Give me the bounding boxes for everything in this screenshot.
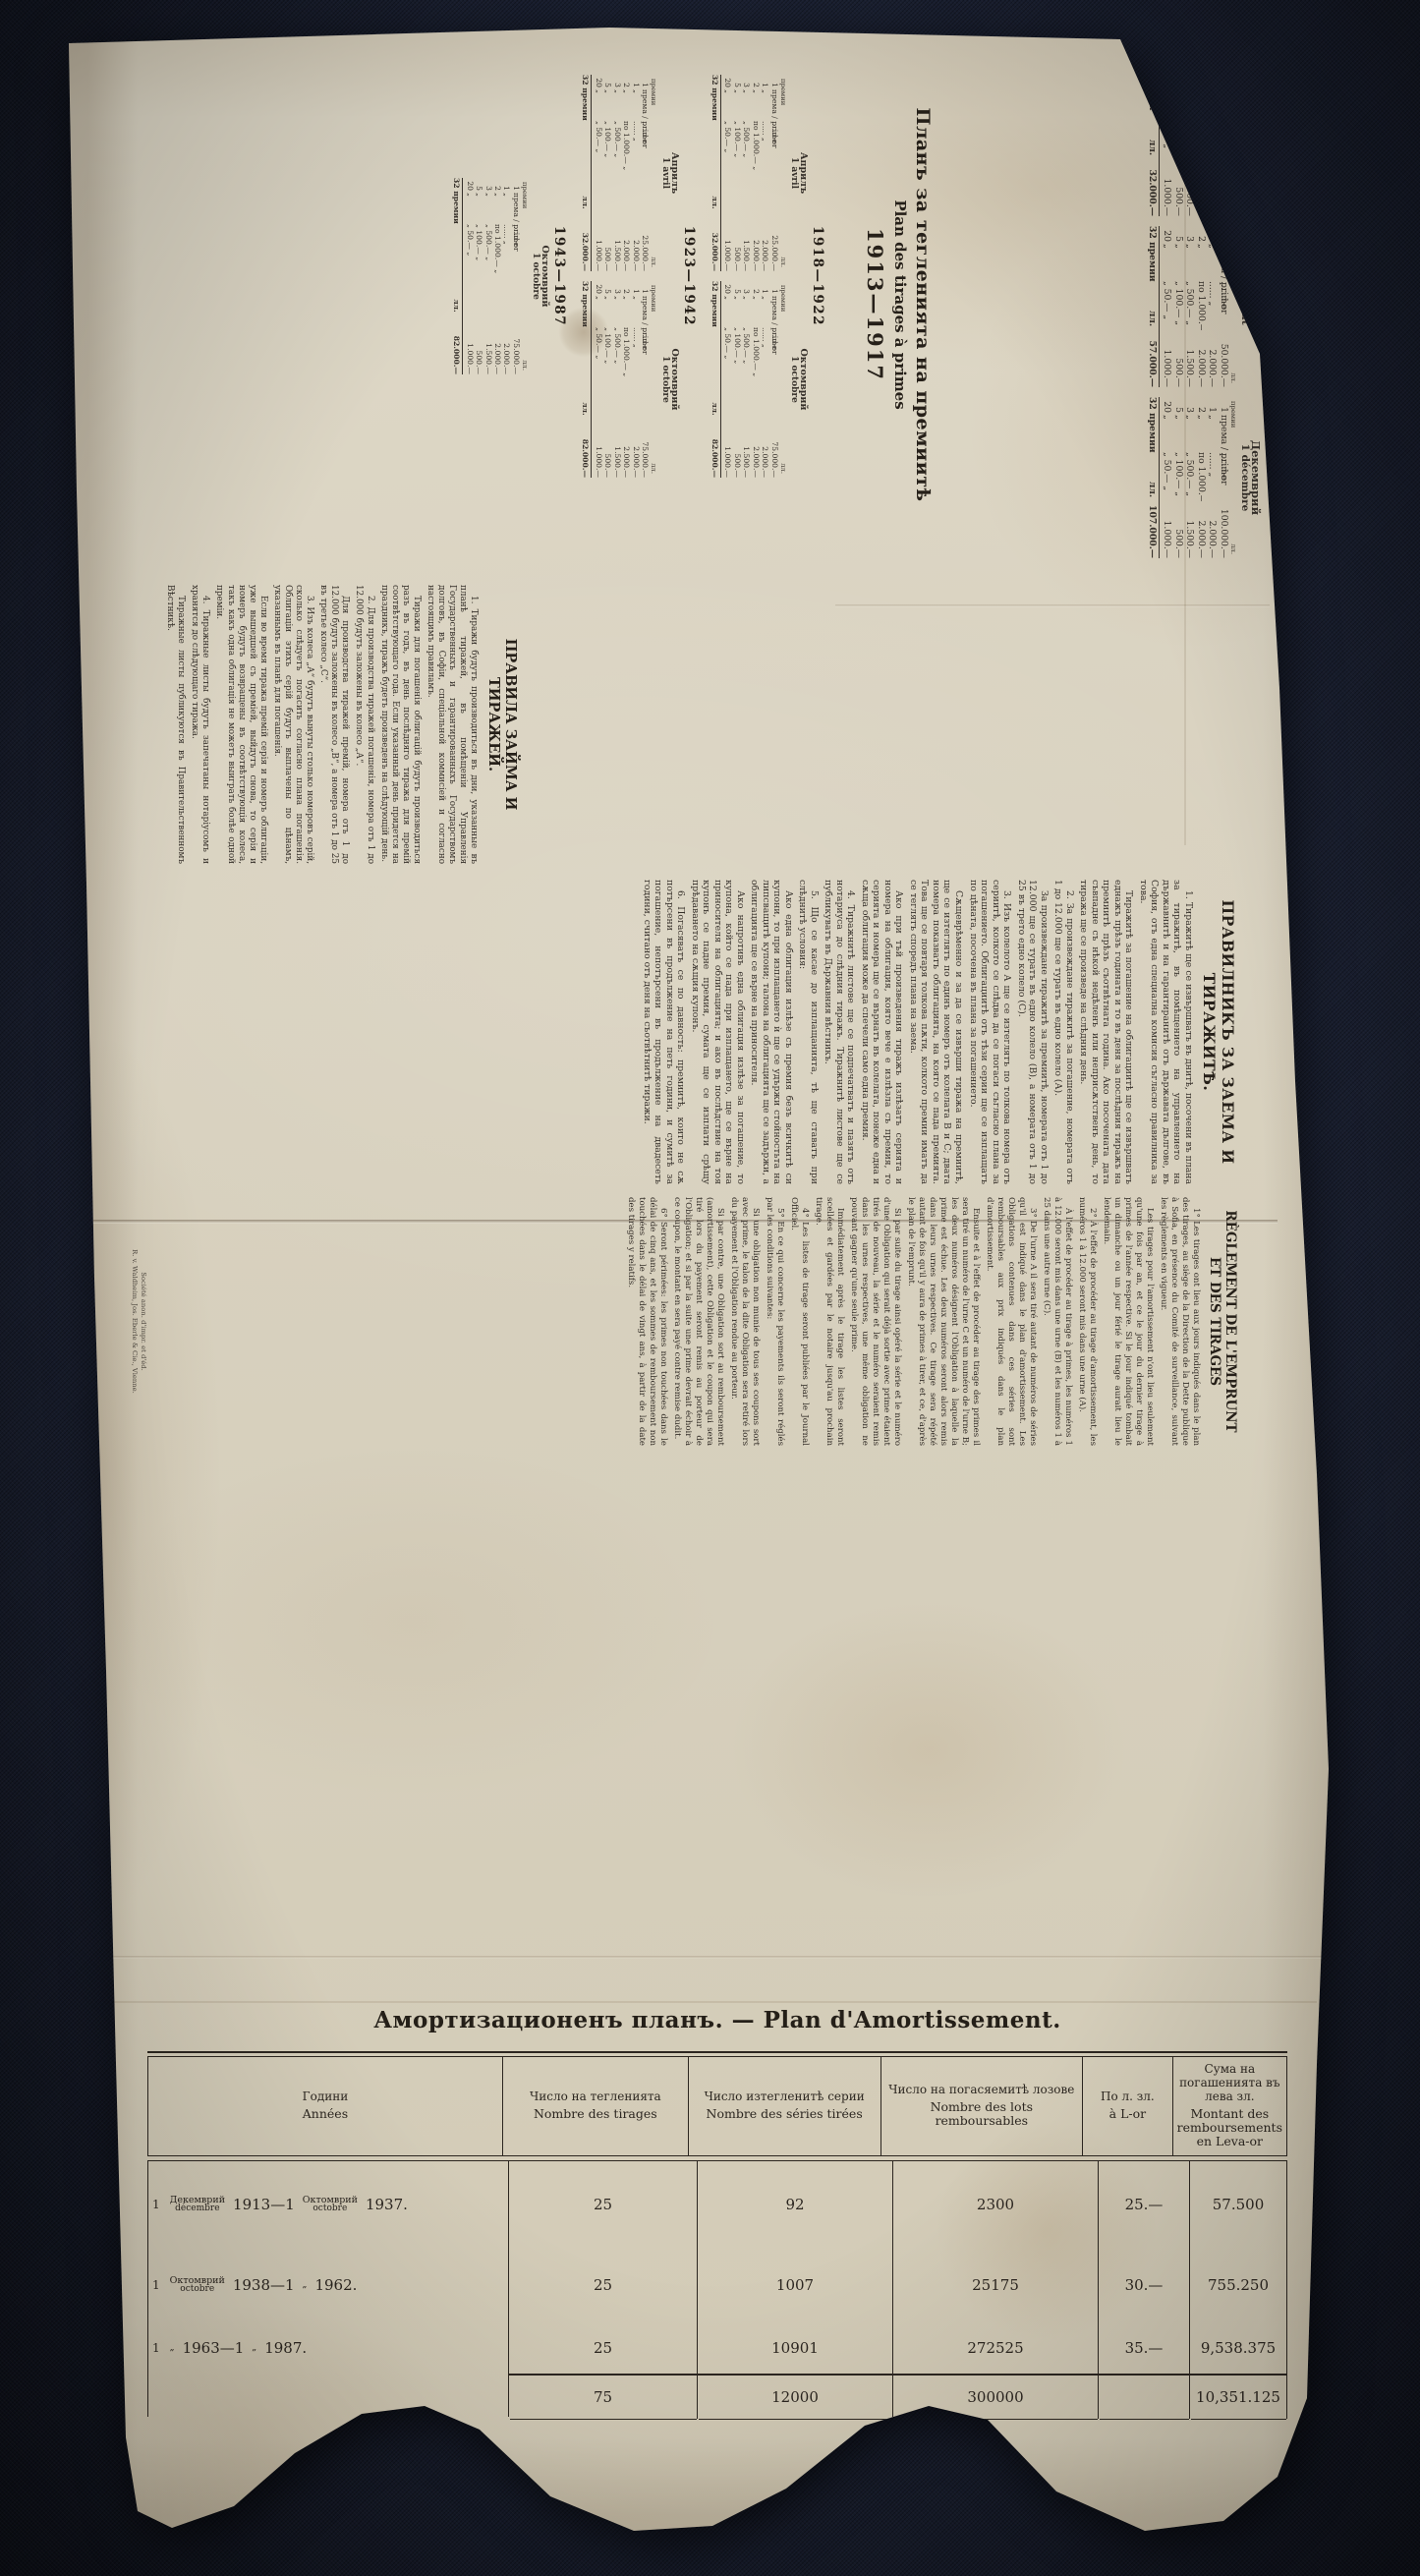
prize-row-unit: „ 500.— „ [612,121,621,222]
prize-row-label: „ [723,294,732,327]
prize-row-count: 1 [502,178,511,191]
prize-row: 2„по 1.000.— „2.000.— [493,178,502,374]
prize-row-unit: по 1.000.— „ [1195,281,1207,330]
prize-subheader-right: лл. [1229,201,1237,212]
prize-row-amount: 1.500.— [612,222,621,271]
prize-row-count: 2 [1195,226,1207,242]
prize-row-label: према / prime [769,87,778,121]
prize-row: 1„...... „2.000.— [631,75,640,271]
prize-row-count: 2 [1195,55,1207,71]
prize-row: 20„„ 50.— „1.000.— [465,178,474,374]
prize-row-amount: 1.500.— [1184,330,1196,387]
prize-row-amount: 2.000.— [751,429,760,478]
prize-row: 1„...... „2.000.— [761,75,769,271]
regulation-paragraph: 1. Тиражи будутъ производиться въ дни, у… [425,585,479,864]
prize-month-column: Октомврий1 octobreпремиилл.1према / prim… [452,178,549,374]
prize-row-amount: 2.000.— [761,222,769,271]
amortization-title: Амортизационенъ планъ. — Plan d'Amortiss… [147,2007,1287,2033]
regulation-paragraph: Immédiatement après le tirage les listes… [813,1197,845,1446]
prize-row-amount: 2.000.— [622,222,631,271]
prize-row: 3„„ 500.— „1.500.— [612,75,621,271]
prize-row-unit: ...... „ [761,327,769,429]
fold-crease [90,1956,1324,1959]
prize-row: 5„„ 100.— „500.— [1172,55,1184,216]
prize-row-amount: 2.000.— [631,429,640,478]
prize-row: 3„„ 500.— „1.500.— [742,281,751,478]
month-pair: Октомврийoctobre [170,2276,225,2295]
prize-row-unit: „ 50.— „ [723,327,732,429]
prize-row-count: 3 [1184,55,1196,71]
regulation-paragraph: 6. Погасяватъ се по давность: премиитѣ, … [641,880,686,1184]
prize-row: 3„„ 500.— „1.500.— [1184,226,1196,387]
prize-table-1918—1922: 1918—1922Априлъ1 avrilпремиилл.1према / … [710,65,825,487]
regulation-paragraph: Si par suite du tirage ainsi opéré la sé… [848,1197,902,1446]
prize-row-amount: 1.000.— [723,429,732,478]
prize-total-currency: лл. [1147,478,1158,501]
prize-row: 1„...... „2.000.— [631,281,640,478]
prize-row: 1„...... „2.000.— [1207,55,1219,216]
prize-subheader: премиилл. [1229,226,1237,387]
prize-row-count: 1 [641,281,650,294]
amortization-years-cell: 1„1963—1„1987. [147,2322,509,2374]
prize-row-label: „ [475,191,483,224]
prize-month-header: Априлъ1 avril [789,75,808,271]
prize-row: 20„„ 50.— „1.000.— [1162,226,1173,387]
prize-plan-title: Планъ за тегленията на премиитѣ Plan des… [863,59,934,550]
regulation-paragraph: Ensuite et à l'effet de procéder au tira… [905,1197,981,1446]
prize-row: 1„...... „2.000.— [502,178,511,374]
prize-row-amount: 2.000.— [631,222,640,271]
prize-subheader-left: премии [779,79,787,105]
prize-plan-title-years: 1913—1917 [863,59,887,550]
prize-row-label: „ [483,191,492,224]
regulation-paragraph: 2. За произвеждане тиражитѣ за погашение… [1052,880,1075,1184]
prize-total-amount: 82.000.— [581,421,590,478]
prize-row-label: према / prime [641,294,650,327]
value: 25 [513,2250,693,2320]
prize-row-label: „ [1184,242,1196,281]
regulation-paragraph: 3. Изъ колелото А ще се изтеглятъ по тол… [967,880,1012,1184]
prize-row-amount: 500.— [475,325,483,374]
prize-total-currency: лл. [581,191,590,214]
regulation-paragraph: 2. Для производства тиражей погашенія, н… [353,585,374,864]
prize-row: 1према / prime......l-or25.000.— [641,75,650,271]
prize-row-amount: 2.000.— [493,325,502,374]
prize-tables-later-periods: 1918—1922Априлъ1 avrilпремиилл.1према / … [438,65,825,487]
prize-row: 5„„ 100.— „500.— [1172,226,1184,387]
regulation-paragraph: 1° Les tirages ont lieu aux jours indiqu… [1158,1197,1201,1446]
prize-column-total: 32 премиилл.82.000.— [452,178,463,374]
amortization-value-cell: 25175 [893,2248,1099,2322]
prize-row-label: према / prime [1218,242,1229,281]
prize-row-count: 20 [465,178,474,191]
prize-row-amount: 1.500.— [612,429,621,478]
prize-row-unit: ......l-or [769,121,778,222]
amortization-value-cell: 25 [509,2322,698,2374]
regulation-header-line1: RÈGLEMENT DE L'EMPRUNT [1222,1197,1238,1446]
prize-row-label: „ [493,191,502,224]
prize-subheader-left: премии [1229,59,1237,86]
prize-row-amount: 500.— [1172,501,1184,558]
value: 10901 [702,2324,888,2372]
prize-row-label: према / prime [641,87,650,121]
prize-row-amount: 1.000.— [723,222,732,271]
prize-total-currency: лл. [452,294,461,317]
printer-imprint-line1: Société anon. d'impr. et d'éd. [139,1197,147,1446]
prize-total-label: 32 премии [1147,55,1158,136]
prize-row-count: 20 [594,281,602,294]
regulation-paragraph: 5° En ce qui concerne les payements ils … [764,1197,785,1446]
prize-row: 2„по 1.000.— „2.000.— [751,281,760,478]
prize-row-label: „ [742,87,751,121]
value: 755.250 [1194,2250,1282,2320]
regulation-paragraph: Тиражные листы публикуются въ Правительс… [164,585,186,864]
regulation-paragraph: Тиражи для погашенія облигацій будутъ пр… [378,585,422,864]
prize-table-period: 1943—1987 [551,65,567,487]
prize-month-french: 1 avril [1239,55,1250,216]
prize-row-unit: „ 100.— „ [475,224,483,325]
amortization-header-cell: Число изтегленитѣ серииNombre des séries… [689,2057,881,2155]
prize-row-unit: „ 50.— „ [1162,281,1173,330]
prize-row-amount: 2.000.— [622,429,631,478]
amortization-table: ГодиниAnnéesЧисло на теглениятаNombre de… [147,2051,1287,2419]
prize-row-unit: „ 100.— „ [1172,281,1184,330]
prize-subheader: премиилл. [650,281,657,478]
prize-subheader: премиилл. [779,75,787,271]
regulation-paragraph: За произвеждане тиражитѣ за премиитѣ, но… [1015,880,1050,1184]
prize-subheader-right: лл. [521,360,529,371]
prize-month-french: 1 avril [659,75,668,271]
prize-row-label: „ [1162,242,1173,281]
month-pair: „ [303,2280,308,2290]
prize-table-period: 1918—1922 [810,65,825,487]
prize-month-french: 1 décembre [1239,397,1250,558]
prize-row-label: „ [1207,413,1219,452]
regulation-header: ПРАВИЛНИКЪ ЗА ЗАЕМА ИТИРАЖИТѢ. [1200,880,1236,1184]
year-span: 1913—1 [233,2196,295,2213]
regulation-header-line2: ТИРАЖИТѢ. [1200,880,1219,1184]
prize-row-label: „ [603,294,612,327]
prize-row-amount: 2.000.— [751,222,760,271]
prize-row-unit: „ 100.— „ [1172,110,1184,159]
value: 25 [513,2163,693,2246]
prize-row-unit: по 1.000.— „ [622,327,631,429]
prize-table-columns: Априлъ1 avrilпремиилл.1према / prime....… [1147,55,1262,558]
amortization-header-cell: ГодиниAnnées [147,2057,503,2155]
prize-row-count: 1 [511,178,520,191]
prize-row: 1„...... „2.000.— [1207,397,1219,558]
prize-row-count: 1 [761,281,769,294]
prize-subheader-right: лл. [1229,372,1237,383]
prize-row-unit: ......l-or [1218,281,1229,330]
month-bulgarian: „ [252,2343,256,2353]
value: 30.— [1103,2250,1185,2320]
amortization-value-cell: 1007 [698,2248,893,2322]
prize-row-label: „ [751,87,760,121]
regulation-paragraph: Les tirages pour l'amortissement n'ont l… [1101,1197,1155,1446]
prize-month-header: Августъ1 août [1239,226,1262,387]
prize-row-count: 20 [723,75,732,87]
header-french: Nombre des lots remboursables [885,2100,1079,2129]
prize-row-unit: ...... „ [631,121,640,222]
year-span: 1962. [314,2276,357,2294]
prize-row: 2„по 1.000.— „2.000.— [1195,55,1207,216]
prize-row-amount: 100.000.— [1218,501,1229,558]
prize-row: 2„по 1.000.— „2.000.— [751,75,760,271]
amortization-value-cell: 30.— [1099,2248,1190,2322]
prize-row-label: „ [723,87,732,121]
prize-row-unit: ...... „ [1207,281,1219,330]
prize-row-count: 1 [769,281,778,294]
prize-row-count: 5 [603,281,612,294]
total-value: 300000 [897,2377,1094,2417]
prize-month-french: 1 octobre [659,281,668,478]
prize-row-label: „ [1162,413,1173,452]
prize-row-amount: 1.000.— [594,222,602,271]
prize-row-amount: 1.500.— [742,429,751,478]
regulation-paragraph: 5. Що се касае до изплащанията, тѣ ще ст… [797,880,820,1184]
prize-row-count: 1 [1218,55,1229,71]
amortization-value-cell: 92 [698,2161,893,2248]
prize-table-1923—1942: 1923—1942Априлъ1 avrilпремиилл.1према / … [581,65,696,487]
prize-row-unit: ......l-or [511,224,520,325]
prize-row-count: 1 [1207,55,1219,71]
prize-month-bulgarian: Октомврий [798,281,808,478]
header-french: Nombre des séries tirées [693,2107,877,2121]
prize-row-label: „ [742,294,751,327]
prize-row-label: „ [761,294,769,327]
regulation-paragraph: Тиражитѣ за погашение на облигациитѣ ще … [1078,880,1135,1184]
amortization-value-cell: 25 [509,2248,698,2322]
prize-row-unit: „ 50.— „ [1162,452,1173,501]
prize-row-unit: ......l-or [1218,452,1229,501]
prize-total-currency: лл. [710,191,719,214]
prize-month-column: Априлъ1 avrilпремиилл.1према / prime....… [581,75,678,271]
amortization-data-row: 1Декемврийdécembre1913—1Октомврийoctobre… [147,2161,1287,2248]
prize-row-amount: 1.000.— [1162,159,1173,216]
prize-row-label: „ [732,294,741,327]
header-bulgarian: Години [152,2090,498,2104]
prize-subheader-right: лл. [779,463,787,474]
prize-row-unit: „ 500.— „ [742,121,751,222]
regulation-paragraph: Если во время тиража премій серія и номе… [213,585,267,864]
prize-row-label: према / prime [1218,413,1229,452]
month-bulgarian: „ [303,2280,308,2290]
prize-total-currency: лл. [1147,136,1158,159]
prize-month-header: Октомврий1 octobre [789,281,808,478]
amortization-header-cell: Число на теглениятаNombre des tirages [503,2057,689,2155]
prize-row: 1„...... „2.000.— [1207,226,1219,387]
prize-row-count: 2 [493,178,502,191]
prize-row-amount: 500.— [603,222,612,271]
prize-row-unit: по 1.000.— „ [622,121,631,222]
amortization-value-cell: 25 [509,2161,698,2248]
prize-row: 3„„ 500.— „1.500.— [483,178,492,374]
document-sheet: Априлъ1 avrilпремиилл.1према / prime....… [0,0,1420,2576]
prize-row-amount: 500.— [1172,159,1184,216]
prize-row-amount: 1.000.— [1162,501,1173,558]
prize-subheader: премиилл. [779,281,787,478]
prize-subheader: премиилл. [1229,397,1237,558]
month-pair: „ [252,2343,256,2353]
prize-row-count: 5 [1172,226,1184,242]
prize-row-unit: „ 500.— „ [1184,110,1196,159]
prize-row-unit: „ 500.— „ [483,224,492,325]
prize-row-unit: ......l-or [1218,110,1229,159]
regulation-header-line1: ПРАВИЛА ЗАЙМА И [502,585,519,864]
value: 9,538.375 [1194,2324,1282,2372]
prize-row-unit: по 1.000.— „ [1195,452,1207,501]
prize-row-count: 3 [1184,226,1196,242]
prize-row: 5„„ 100.— „500.— [603,281,612,478]
prize-column-total: 32 премиилл.107.000.— [1147,397,1160,558]
prize-row-amount: 500.— [603,429,612,478]
prize-row-label: „ [1195,71,1207,110]
prize-month-french: 1 avril [789,75,798,271]
prize-month-column: Декемврий1 décembreпремиилл.1према / pri… [1147,397,1262,558]
value: 2300 [897,2163,1094,2246]
header-french: Années [152,2107,498,2121]
prize-row-unit: „ 50.— „ [594,121,602,222]
regulation-paragraph: À l'effet de procéder au tirage à primes… [1041,1197,1073,1446]
prize-row-amount: 50.000.— [1218,330,1229,387]
prize-row-unit: ......l-or [641,121,650,222]
prize-row-count: 1 [769,75,778,87]
regulation-header: RÈGLEMENT DE L'EMPRUNTET DES TIRAGES [1207,1197,1238,1446]
rotated-landscape-content: Априлъ1 avrilпремиилл.1према / prime....… [85,49,1264,1449]
prize-row-unit: ......l-or [769,327,778,429]
prize-row: 20„„ 50.— „1.000.— [1162,397,1173,558]
prize-row-amount: 500.— [732,429,741,478]
prize-month-header: Априлъ1 avril [659,75,678,271]
prize-row-count: 1 [761,75,769,87]
year-span: 1987. [264,2339,307,2357]
prize-month-header: Априлъ1 avril [1239,55,1262,216]
prize-row-label: „ [612,87,621,121]
document-sheet-wrap: Априлъ1 avrilпремиилл.1према / prime....… [0,0,1420,2576]
prize-row-count: 2 [1195,397,1207,413]
prize-row: 5„„ 100.— „500.— [1172,397,1184,558]
prize-row: 20„„ 50.— „1.000.— [723,75,732,271]
amortization-data-row: 1„1963—1„1987.251090127252535.—9,538.375 [147,2322,1287,2374]
prize-row: 5„„ 100.— „500.— [603,75,612,271]
year-span: 1963—1 [183,2339,245,2357]
prize-subheader-right: лл. [779,257,787,267]
prize-row-label: према / prime [1218,71,1229,110]
amortization-header-cell: По л. зл.à L-or [1083,2057,1173,2155]
prize-row-unit: по 1.000.— „ [493,224,502,325]
prize-row-count: 1 [1207,226,1219,242]
prize-total-label: 32 премии [710,75,719,191]
regulation-paragraph: 4. Тиражнитѣ листове ще се подпечатватъ … [823,880,857,1184]
prize-row-count: 1 [1218,397,1229,413]
prize-row: 1према / prime......l-or100.000.— [1218,397,1229,558]
regulation-paragraph: Ако една облигация излѣзе съ премия безъ… [749,880,794,1184]
regulation-header-line2: ТИРАЖЕЙ. [484,585,501,864]
prize-column-total: 32 премиилл.57.000.— [1147,226,1160,387]
prize-total-currency: лл. [581,397,590,421]
prize-row-count: 20 [1162,55,1173,71]
prize-month-bulgarian: Августъ [1250,226,1262,387]
prize-column-total: 32 премиилл.82.000.— [581,281,592,478]
total-value: 75 [513,2377,693,2417]
regulation-header: ПРАВИЛА ЗАЙМА ИТИРАЖЕЙ. [484,585,519,864]
prize-row: 1према / prime......l-or25.000.— [769,75,778,271]
month-pair: „ [170,2343,175,2353]
prize-row-count: 3 [612,75,621,87]
regulation-paragraph: 6° Seront périmées: les primes non touch… [625,1197,668,1446]
prize-table-columns: Априлъ1 avrilпремиилл.1према / prime....… [581,65,678,487]
amortization-total-cell [1099,2374,1190,2419]
photo-background: Априлъ1 avrilпремиилл.1према / prime....… [0,0,1420,2576]
prize-row-unit: „ 100.— „ [732,121,741,222]
years-line: 1Октомврийoctobre1938—1„1962. [152,2250,504,2320]
prize-row-amount: 1.500.— [1184,501,1196,558]
prize-row-count: 5 [1172,55,1184,71]
prize-total-label: 32 премии [581,281,590,397]
prize-row-count: 20 [1162,226,1173,242]
prize-total-amount: 32.000.— [1147,159,1158,216]
totals-empty-cell [147,2374,509,2417]
value: 35.— [1103,2324,1185,2372]
total-value [1103,2377,1185,2417]
prize-row: 3„„ 500.— „1.500.— [1184,55,1196,216]
prize-row-amount: 2.000.— [502,325,511,374]
prize-row-count: 3 [742,281,751,294]
regulation-column-bulgarian: ПРАВИЛНИКЪ ЗА ЗАЕМА ИТИРАЖИТѢ.1. Тиражит… [638,880,1236,1184]
regulation-paragraph: Ако при тъй произведения тиражъ излѣзатъ… [859,880,904,1184]
regulation-paragraph: 4. Тиражные листы будутъ запечатаны нота… [189,585,210,864]
month-french: octobre [170,2285,225,2294]
prize-month-column: Априлъ1 avrilпремиилл.1према / prime....… [1147,55,1262,216]
prize-total-currency: лл. [710,397,719,421]
prize-row: 5„„ 100.— „500.— [732,75,741,271]
prize-total-label: 32 премии [1147,226,1158,307]
prize-subheader-left: премии [650,79,657,105]
prize-row-label: „ [732,87,741,121]
header-french: Nombre des tirages [507,2107,684,2121]
prize-month-column: Октомврий1 octobreпремиилл.1према / prim… [581,281,678,478]
prize-column-total: 32 премиилл.32.000.— [581,75,592,271]
prize-row: 1„...... „2.000.— [761,281,769,478]
amortization-header-cell: Число на погасяемитѣ лозовеNombre des lo… [881,2057,1084,2155]
prize-row-unit: „ 500.— „ [612,327,621,429]
total-value: 12000 [702,2377,888,2417]
prize-row: 1према / prime......l-or75.000.— [511,178,520,374]
amortization-body: 1Декемврийdécembre1913—1Октомврийoctobre… [147,2161,1287,2419]
prize-row: 3„„ 500.— „1.500.— [742,75,751,271]
amortization-value-cell: 57.500 [1190,2161,1287,2248]
prize-row: 1према / prime......l-or25.000.— [1218,55,1229,216]
header-bulgarian: Число изтегленитѣ серии [693,2090,877,2104]
prize-row-unit: „ 50.— „ [465,224,474,325]
prize-month-french: 1 octobre [789,281,798,478]
printer-imprint-line2: R. v. Waldheim, Jos. Eberle & Cie., Vien… [130,1197,139,1446]
prize-table-1913-1917: Априлъ1 avrilпремиилл.1према / prime....… [1147,55,1262,558]
prize-row: 5„„ 100.— „500.— [475,178,483,374]
regulation-paragraph: Сѫщеврѣменно и за да се извърши тиража н… [907,880,964,1184]
row-number: 1 [152,2278,160,2292]
prize-row-count: 5 [732,75,741,87]
amortization-header-row: ГодиниAnnéesЧисло на теглениятаNombre de… [147,2057,1287,2155]
amortization-header-cell: Сума на погашенията въ лева зл.Montant d… [1173,2057,1287,2155]
row-number: 1 [152,2198,160,2211]
prize-row: 20„„ 50.— „1.000.— [723,281,732,478]
years-line: 1„1963—1„1987. [152,2324,504,2372]
prize-column-total: 32 премиилл.82.000.— [710,281,721,478]
prize-row-amount: 25.000.— [1218,159,1229,216]
regulation-header-line1: ПРАВИЛНИКЪ ЗА ЗАЕМА И [1218,880,1236,1184]
